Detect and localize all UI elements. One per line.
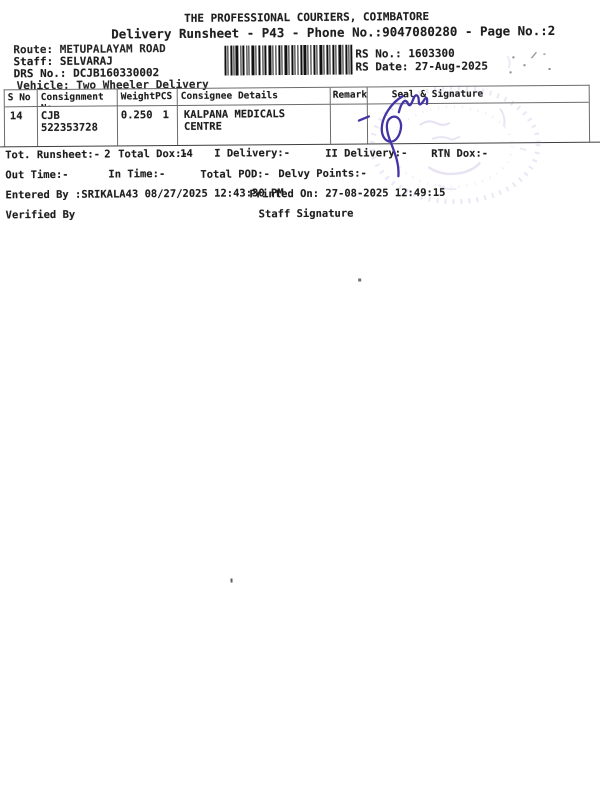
rs-barcode-icon bbox=[224, 45, 352, 76]
tot-runsheet-value: 2 bbox=[104, 148, 110, 160]
consignment-table: S No Consignment No Weight PCS Consignee… bbox=[4, 85, 590, 147]
col-header-remarks: Remarks bbox=[331, 87, 368, 104]
row-pcs: 1 bbox=[163, 109, 170, 143]
i-delivery-label: I Delivery:- bbox=[214, 147, 290, 160]
out-time-label: Out Time:- bbox=[5, 169, 68, 181]
printed-on-text: Printed On: 27-08-2025 12:49:15 bbox=[249, 187, 445, 201]
row-remarks bbox=[331, 104, 368, 143]
entered-by-text: Entered By :SRIKALA43 08/27/2025 12:43:3… bbox=[5, 187, 283, 201]
rs-date-label: RS Date: bbox=[355, 60, 415, 73]
company-title: THE PROFESSIONAL COURIERS, COIMBATORE bbox=[184, 10, 429, 25]
delvy-points-label: Delvy Points:- bbox=[278, 167, 367, 180]
tot-runsheet-label: Tot. Runsheet:- bbox=[5, 149, 100, 162]
total-dox-label: Total Dox:- bbox=[118, 148, 188, 161]
rs-date-line: RS Date: 27-Aug-2025 bbox=[355, 60, 488, 74]
scanned-delivery-runsheet: THE PROFESSIONAL COURIERS, COIMBATORE De… bbox=[0, 0, 600, 800]
in-time-label: In Time:- bbox=[108, 168, 165, 180]
row-weight-pcs: 0.250 1 bbox=[118, 106, 178, 145]
rs-no-label: RS No.: bbox=[355, 47, 408, 60]
runsheet-subtitle: Delivery Runsheet - P43 - Phone No.:9047… bbox=[111, 23, 555, 41]
rs-no-value: 1603300 bbox=[408, 47, 454, 60]
ii-delivery-label: II Delivery:- bbox=[325, 147, 407, 160]
row-consignee: KALPANA MEDICALS CENTRE bbox=[178, 105, 331, 145]
rs-no-line: RS No.: 1603300 bbox=[355, 47, 454, 61]
col-header-pcs: PCS bbox=[155, 91, 172, 103]
col-header-consignment-no: Consignment No bbox=[38, 89, 118, 107]
col-header-seal-signature: Seal & Signature bbox=[368, 86, 589, 105]
row-s-no: 14 bbox=[5, 107, 38, 146]
col-header-consignee-details: Consignee Details bbox=[178, 88, 331, 106]
rtn-dox-label: RTN Dox:- bbox=[431, 148, 488, 160]
row-consignment-no: CJB 522353728 bbox=[38, 106, 118, 146]
col-header-s-no: S No bbox=[5, 90, 38, 107]
col-header-weight: Weight bbox=[121, 91, 155, 103]
verified-by-label: Verified By bbox=[6, 209, 76, 222]
rs-date-value: 27-Aug-2025 bbox=[415, 60, 488, 74]
row-weight: 0.250 bbox=[121, 109, 153, 143]
col-header-weight-pcs: Weight PCS bbox=[118, 89, 178, 106]
staff-signature-label: Staff Signature bbox=[259, 208, 354, 221]
row-seal-signature-area bbox=[368, 103, 589, 144]
total-dox-value: 14 bbox=[180, 148, 193, 160]
total-pod-label: Total POD:- bbox=[200, 168, 270, 181]
scan-content: THE PROFESSIONAL COURIERS, COIMBATORE De… bbox=[0, 0, 600, 800]
